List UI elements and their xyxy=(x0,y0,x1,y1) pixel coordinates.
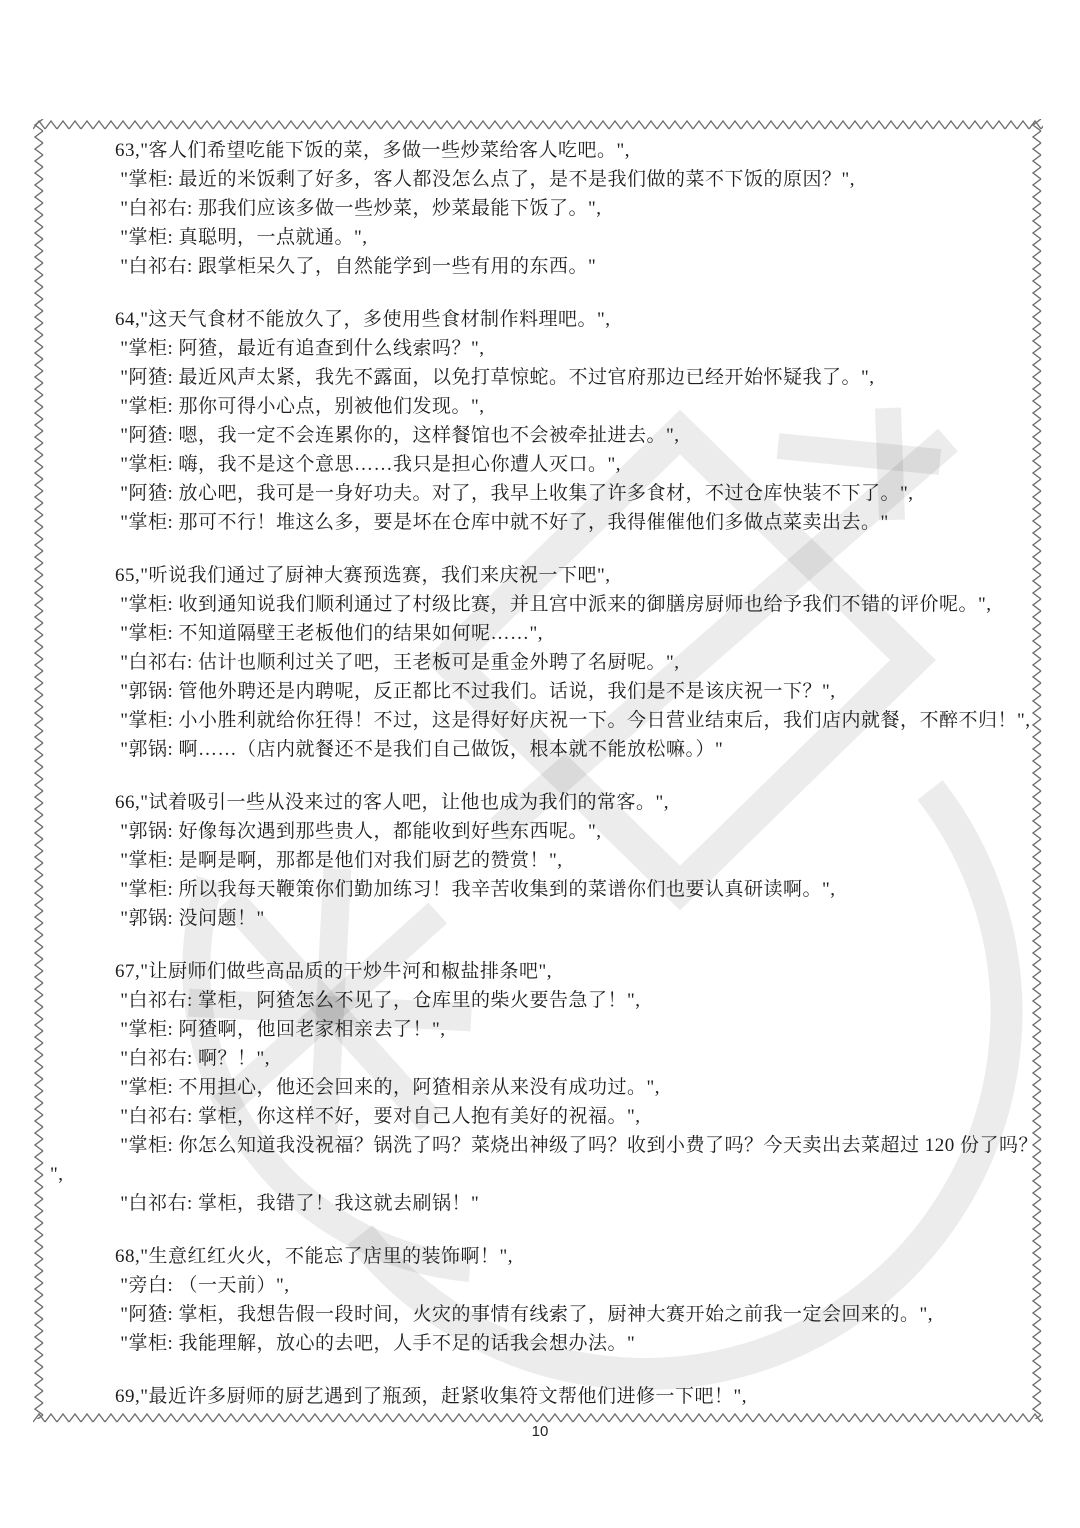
document-page: 63,"客人们希望吃能下饭的菜，多做一些炒菜给客人吃吧。", "掌柜: 最近的米… xyxy=(0,0,1080,1528)
dialogue-line: "郭锅: 好像每次遇到那些贵人，都能收到好些东西呢。", xyxy=(115,817,1044,846)
dialogue-section: 69,"最近许多厨师的厨艺遇到了瓶颈，赶紧收集符文帮他们进修一下吧！", xyxy=(115,1382,1044,1411)
dialogue-line: "掌柜: 不用担心，他还会回来的，阿猹相亲从来没有成功过。", xyxy=(115,1073,1044,1102)
dialogue-line: "阿猹: 嗯，我一定不会连累你的，这样餐馆也不会被牵扯进去。", xyxy=(115,421,1044,450)
dialogue-line: 67,"让厨师们做些高品质的干炒牛河和椒盐排条吧", xyxy=(115,957,1044,986)
dialogue-line: "掌柜: 不知道隔壁王老板他们的结果如何呢……", xyxy=(115,619,1044,648)
dialogue-line: 68,"生意红红火火，不能忘了店里的装饰啊！", xyxy=(115,1242,1044,1271)
dialogue-line: "郭锅: 管他外聘还是内聘呢，反正都比不过我们。话说，我们是不是该庆祝一下？", xyxy=(115,677,1044,706)
dialogue-line: "阿猹: 最近风声太紧，我先不露面，以免打草惊蛇。不过官府那边已经开始怀疑我了。… xyxy=(115,363,1044,392)
page-border-left xyxy=(33,119,45,1419)
dialogue-line: 63,"客人们希望吃能下饭的菜，多做一些炒菜给客人吃吧。", xyxy=(115,136,1044,165)
dialogue-content: 63,"客人们希望吃能下饭的菜，多做一些炒菜给客人吃吧。", "掌柜: 最近的米… xyxy=(115,136,1044,1435)
dialogue-line: ", xyxy=(50,1160,1044,1189)
dialogue-line: "掌柜: 所以我每天鞭策你们勤加练习！我辛苦收集到的菜谱你们也要认真研读啊。", xyxy=(115,875,1044,904)
dialogue-line: "掌柜: 你怎么知道我没祝福？锅洗了吗？菜烧出神级了吗？收到小费了吗？今天卖出去… xyxy=(115,1131,1044,1160)
page-border-top xyxy=(33,119,1043,131)
dialogue-line: "阿猹: 放心吧，我可是一身好功夫。对了，我早上收集了许多食材，不过仓库快装不下… xyxy=(115,479,1044,508)
dialogue-line: "掌柜: 是啊是啊，那都是他们对我们厨艺的赞赏！", xyxy=(115,846,1044,875)
dialogue-line: 66,"试着吸引一些从没来过的客人吧，让他也成为我们的常客。", xyxy=(115,788,1044,817)
dialogue-line: 64,"这天气食材不能放久了，多使用些食材制作料理吧。", xyxy=(115,305,1044,334)
dialogue-line: "掌柜: 那你可得小心点，别被他们发现。", xyxy=(115,392,1044,421)
dialogue-line: "郭锅: 没问题！" xyxy=(115,904,1044,933)
dialogue-line: "白祁右: 估计也顺利过关了吧，王老板可是重金外聘了名厨呢。", xyxy=(115,648,1044,677)
dialogue-line: "掌柜: 嗨，我不是这个意思……我只是担心你遭人灭口。", xyxy=(115,450,1044,479)
dialogue-line: "郭锅: 啊……（店内就餐还不是我们自己做饭，根本就不能放松嘛。）" xyxy=(115,735,1044,764)
dialogue-section: 65,"听说我们通过了厨神大赛预选赛，我们来庆祝一下吧", "掌柜: 收到通知说… xyxy=(115,561,1044,764)
dialogue-line: "掌柜: 那可不行！堆这么多，要是坏在仓库中就不好了，我得催催他们多做点菜卖出去… xyxy=(115,508,1044,537)
dialogue-line: "白祁右: 掌柜，你这样不好，要对自己人抱有美好的祝福。", xyxy=(115,1102,1044,1131)
dialogue-line: "掌柜: 阿猹啊，他回老家相亲去了！", xyxy=(115,1015,1044,1044)
dialogue-line: "白祁右: 掌柜，我错了！我这就去刷锅！" xyxy=(115,1189,1044,1218)
dialogue-section: 67,"让厨师们做些高品质的干炒牛河和椒盐排条吧", "白祁右: 掌柜，阿猹怎么… xyxy=(115,957,1044,1218)
dialogue-line: "掌柜: 我能理解，放心的去吧，人手不足的话我会想办法。" xyxy=(115,1329,1044,1358)
dialogue-line: "白祁右: 跟掌柜呆久了，自然能学到一些有用的东西。" xyxy=(115,252,1044,281)
dialogue-line: "白祁右: 啊？！", xyxy=(115,1044,1044,1073)
dialogue-line: 69,"最近许多厨师的厨艺遇到了瓶颈，赶紧收集符文帮他们进修一下吧！", xyxy=(115,1382,1044,1411)
dialogue-section: 68,"生意红红火火，不能忘了店里的装饰啊！", "旁白: （一天前）", "阿… xyxy=(115,1242,1044,1358)
dialogue-section: 63,"客人们希望吃能下饭的菜，多做一些炒菜给客人吃吧。", "掌柜: 最近的米… xyxy=(115,136,1044,281)
dialogue-line: "掌柜: 真聪明，一点就通。", xyxy=(115,223,1044,252)
dialogue-section: 66,"试着吸引一些从没来过的客人吧，让他也成为我们的常客。", "郭锅: 好像… xyxy=(115,788,1044,933)
dialogue-line: 65,"听说我们通过了厨神大赛预选赛，我们来庆祝一下吧", xyxy=(115,561,1044,590)
dialogue-line: "旁白: （一天前）", xyxy=(115,1271,1044,1300)
dialogue-line: "掌柜: 小小胜利就给你狂得！不过，这是得好好庆祝一下。今日营业结束后，我们店内… xyxy=(115,706,1044,735)
dialogue-line: "白祁右: 那我们应该多做一些炒菜，炒菜最能下饭了。", xyxy=(115,194,1044,223)
dialogue-section: 64,"这天气食材不能放久了，多使用些食材制作料理吧。", "掌柜: 阿猹，最近… xyxy=(115,305,1044,537)
page-number: 10 xyxy=(0,1423,1080,1440)
dialogue-line: "白祁右: 掌柜，阿猹怎么不见了，仓库里的柴火要告急了！", xyxy=(115,986,1044,1015)
dialogue-line: "掌柜: 最近的米饭剩了好多，客人都没怎么点了，是不是我们做的菜不下饭的原因？"… xyxy=(115,165,1044,194)
dialogue-line: "掌柜: 阿猹，最近有追查到什么线索吗？", xyxy=(115,334,1044,363)
dialogue-line: "阿猹: 掌柜，我想告假一段时间，火灾的事情有线索了，厨神大赛开始之前我一定会回… xyxy=(115,1300,1044,1329)
dialogue-line: "掌柜: 收到通知说我们顺利通过了村级比赛，并且宫中派来的御膳房厨师也给予我们不… xyxy=(115,590,1044,619)
